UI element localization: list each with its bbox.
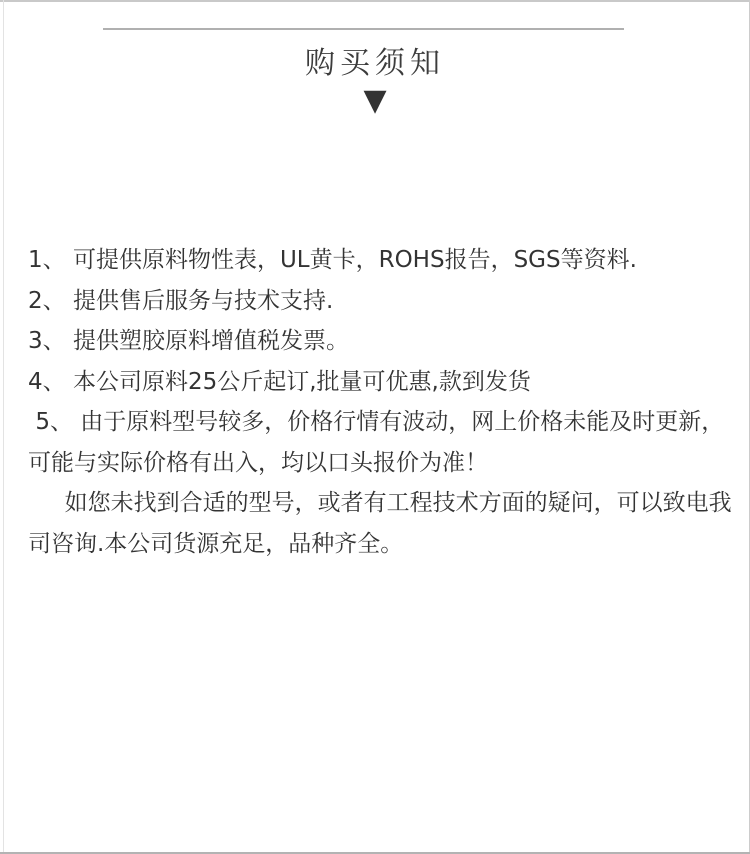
notice-line-5-cont: 可能与实际价格有出入，均以口头报价为准！ bbox=[28, 443, 734, 484]
left-border-line bbox=[3, 0, 4, 854]
arrow-down-icon: ▼ bbox=[0, 86, 750, 116]
top-border-line bbox=[0, 0, 750, 2]
notice-line-1: 1、 可提供原料物性表，UL黄卡，ROHS报告，SGS等资料. bbox=[28, 240, 734, 281]
header-divider-line bbox=[103, 28, 624, 30]
notice-line-3: 3、 提供塑胶原料增值税发票。 bbox=[28, 321, 734, 362]
notice-footer-line-2: 司咨询.本公司货源充足，品种齐全。 bbox=[28, 524, 734, 565]
notice-footer-line-1: 如您未找到合适的型号，或者有工程技术方面的疑问，可以致电我 bbox=[28, 483, 734, 524]
purchase-notice-section: 购买须知 ▼ 1、 可提供原料物性表，UL黄卡，ROHS报告，SGS等资料. 2… bbox=[0, 0, 750, 854]
notice-line-2: 2、 提供售后服务与技术支持. bbox=[28, 281, 734, 322]
notice-line-4: 4、 本公司原料25公斤起订,批量可优惠,款到发货 bbox=[28, 362, 734, 403]
notice-line-5: 5、 由于原料型号较多，价格行情有波动，网上价格未能及时更新， bbox=[28, 402, 734, 443]
notice-list: 1、 可提供原料物性表，UL黄卡，ROHS报告，SGS等资料. 2、 提供售后服… bbox=[28, 240, 734, 564]
page-title: 购买须知 bbox=[0, 38, 750, 82]
